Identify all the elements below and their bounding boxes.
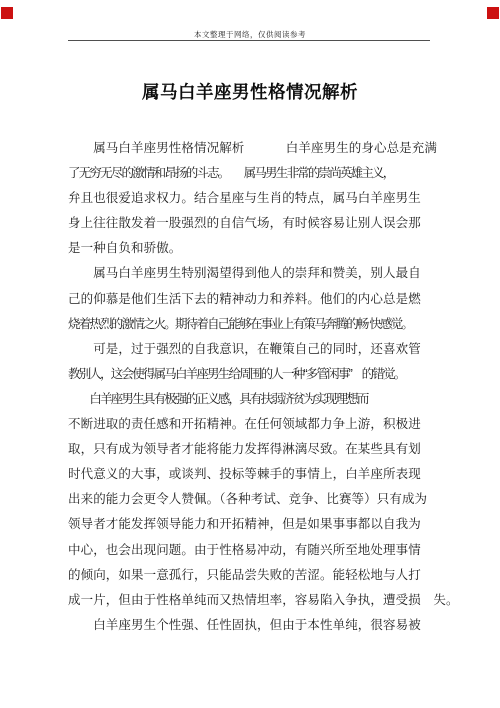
header-rule (68, 40, 430, 41)
body-line: 己的仰慕是他们生活下去的精神动力和养料。他们的内心总是燃 (68, 287, 434, 312)
body-line: 领导者才能发挥领导能力和开拓精神，但是如果事事都以自我为 (68, 512, 434, 537)
page-title: 属马白羊座男性格情况解析 (0, 79, 500, 104)
body-line: 白羊座男生具有极强的正义感，具有扶弱济贫为实现理想而 (68, 387, 434, 412)
body-line: 成一片，但由于性格单纯而又热情坦率，容易陷入争执，遭受损 失。 (68, 588, 434, 613)
red-corner-mark-left (1, 7, 13, 19)
body-line: 取，只有成为领导者才能将能力发挥得淋漓尽致。在某些具有划 (68, 437, 434, 462)
body-line: 属马白羊座男性格情况解析 白羊座男生的身心总是充满 (68, 136, 434, 161)
body-line: 不断进取的责任感和开拓精神。在任何领域都力争上游，积极进 (68, 412, 434, 437)
body-line: 是一种自负和骄傲。 (68, 236, 434, 261)
body-text: 属马白羊座男性格情况解析 白羊座男生的身心总是充满 了无穷无尽的激情和昂扬的斗志… (68, 136, 434, 638)
body-line: 白羊座男生个性强、任性固执，但由于本性单纯，很容易被 (68, 613, 434, 638)
header-note: 本文整理于网络，仅供阅读参考 (0, 29, 500, 40)
body-line: 属马白羊座男生特别渴望得到他人的崇拜和赞美，别人最自 (68, 261, 434, 286)
red-corner-mark-right (487, 7, 499, 19)
body-line: 可是，过于强烈的自我意识，在鞭策自己的同时，还喜欢管 (68, 337, 434, 362)
body-line: 出来的能力会更令人赞佩。（各种考试、竞争、比赛等）只有成为 (68, 487, 434, 512)
body-line: 教别人，这会使得属马白羊座男生给周围的人一种“多管闲事” 的错觉。 (68, 362, 434, 387)
body-line: 的倾向，如果一意孤行，只能品尝失败的苦涩。能轻松地与人打 (68, 563, 434, 588)
body-line: 身上往往散发着一股强烈的自信气场，有时候容易让别人误会那 (68, 211, 434, 236)
body-line: 烧着热烈的激情之火。期待着自己能够在事业上有策马奔腾的畅 快感觉。 (68, 312, 434, 337)
document-page: 本文整理于网络，仅供阅读参考 属马白羊座男性格情况解析 属马白羊座男性格情况解析… (0, 0, 500, 708)
body-line: 弁且也很爱追求权力。结合星座与生肖的特点，属马白羊座男生 (68, 186, 434, 211)
body-line: 了无穷无尽的激情和昂扬的斗志。 属马男生非常的崇尚英雄主义， (68, 161, 434, 186)
body-line: 时代意义的大事，或谈判、投标等棘手的事情上，白羊座所表现 (68, 462, 434, 487)
body-line: 中心，也会出现问题。由于性格易冲动，有随兴所至地处理事情 (68, 538, 434, 563)
